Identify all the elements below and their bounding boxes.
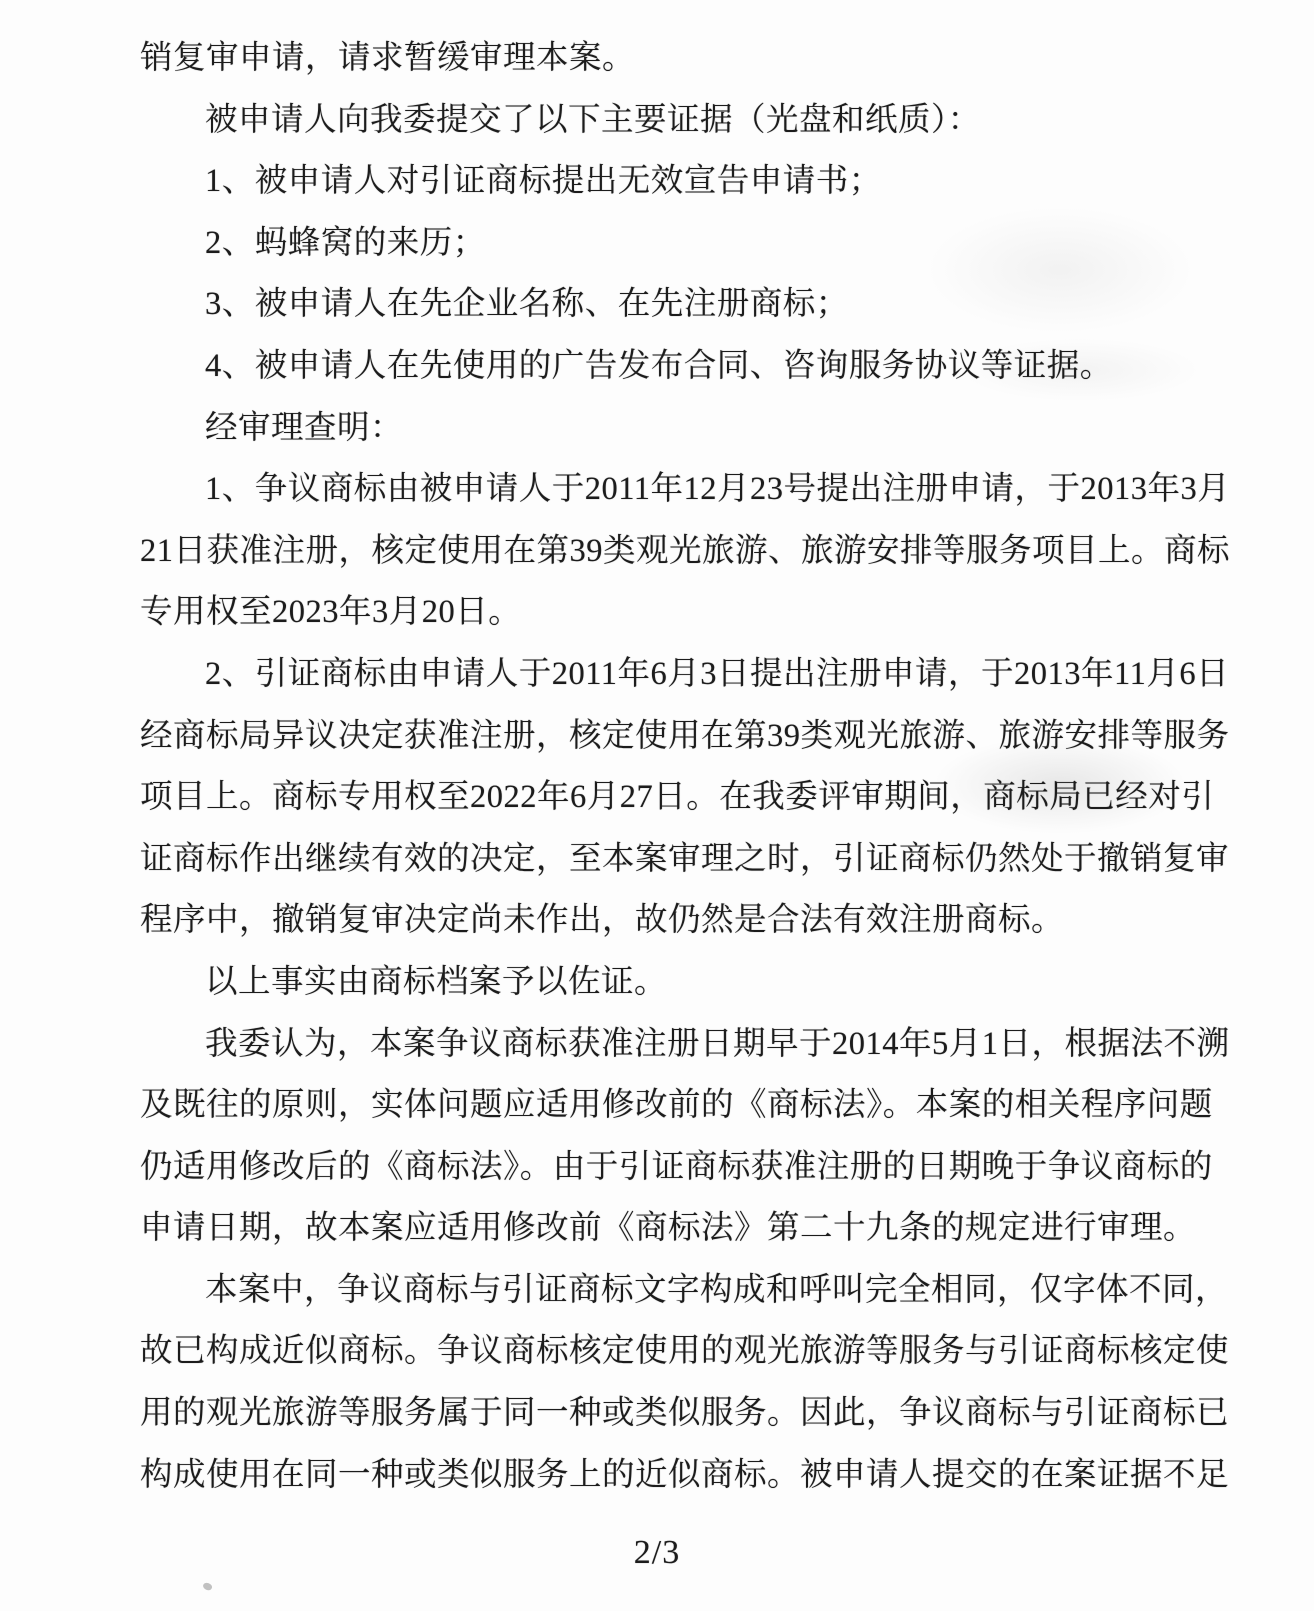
text-line: 4、被申请人在先使用的广告发布合同、咨询服务协议等证据。 [140, 336, 1193, 398]
document-body: 销复审申请，请求暂缓审理本案。 被申请人向我委提交了以下主要证据（光盘和纸质）：… [140, 28, 1193, 1506]
text-line: 销复审申请，请求暂缓审理本案。 [140, 28, 1193, 90]
text-line: 1、被申请人对引证商标提出无效宣告申请书； [140, 151, 1193, 213]
document-page: 销复审申请，请求暂缓审理本案。 被申请人向我委提交了以下主要证据（光盘和纸质）：… [0, 0, 1314, 1611]
text-line: 经审理查明： [140, 398, 1193, 460]
text-line: 被申请人向我委提交了以下主要证据（光盘和纸质）： [140, 90, 1193, 152]
text-line: 2、蚂蜂窝的来历； [140, 213, 1193, 275]
text-line: 经商标局异议决定获准注册，核定使用在第39类观光旅游、旅游安排等服务 [140, 706, 1193, 768]
text-line: 项目上。商标专用权至2022年6月27日。在我委评审期间，商标局已经对引 [140, 767, 1193, 829]
text-line: 证商标作出继续有效的决定，至本案审理之时，引证商标仍然处于撤销复审 [140, 829, 1193, 891]
text-line: 2、引证商标由申请人于2011年6月3日提出注册申请，于2013年11月6日 [140, 644, 1193, 706]
text-line: 专用权至2023年3月20日。 [140, 582, 1193, 644]
text-line: 21日获准注册，核定使用在第39类观光旅游、旅游安排等服务项目上。商标 [140, 521, 1193, 583]
text-line: 我委认为，本案争议商标获准注册日期早于2014年5月1日，根据法不溯 [140, 1014, 1193, 1076]
text-line: 1、争议商标由被申请人于2011年12月23号提出注册申请，于2013年3月 [140, 459, 1193, 521]
text-line: 用的观光旅游等服务属于同一种或类似服务。因此，争议商标与引证商标已 [140, 1383, 1193, 1445]
text-line: 程序中，撤销复审决定尚未作出，故仍然是合法有效注册商标。 [140, 890, 1193, 952]
text-line: 申请日期，故本案应适用修改前《商标法》第二十九条的规定进行审理。 [140, 1198, 1193, 1260]
page-number: 2/3 [0, 1534, 1314, 1572]
text-line: 以上事实由商标档案予以佐证。 [140, 952, 1193, 1014]
text-line: 仍适用修改后的《商标法》。由于引证商标获准注册的日期晚于争议商标的 [140, 1137, 1193, 1199]
text-line: 3、被申请人在先企业名称、在先注册商标； [140, 274, 1193, 336]
text-line: 构成使用在同一种或类似服务上的近似商标。被申请人提交的在案证据不足 [140, 1445, 1193, 1507]
text-line: 本案中，争议商标与引证商标文字构成和呼叫完全相同，仅字体不同， [140, 1260, 1193, 1322]
text-line: 及既往的原则，实体问题应适用修改前的《商标法》。本案的相关程序问题 [140, 1075, 1193, 1137]
scan-speck [202, 1581, 213, 1592]
text-line: 故已构成近似商标。争议商标核定使用的观光旅游等服务与引证商标核定使 [140, 1321, 1193, 1383]
